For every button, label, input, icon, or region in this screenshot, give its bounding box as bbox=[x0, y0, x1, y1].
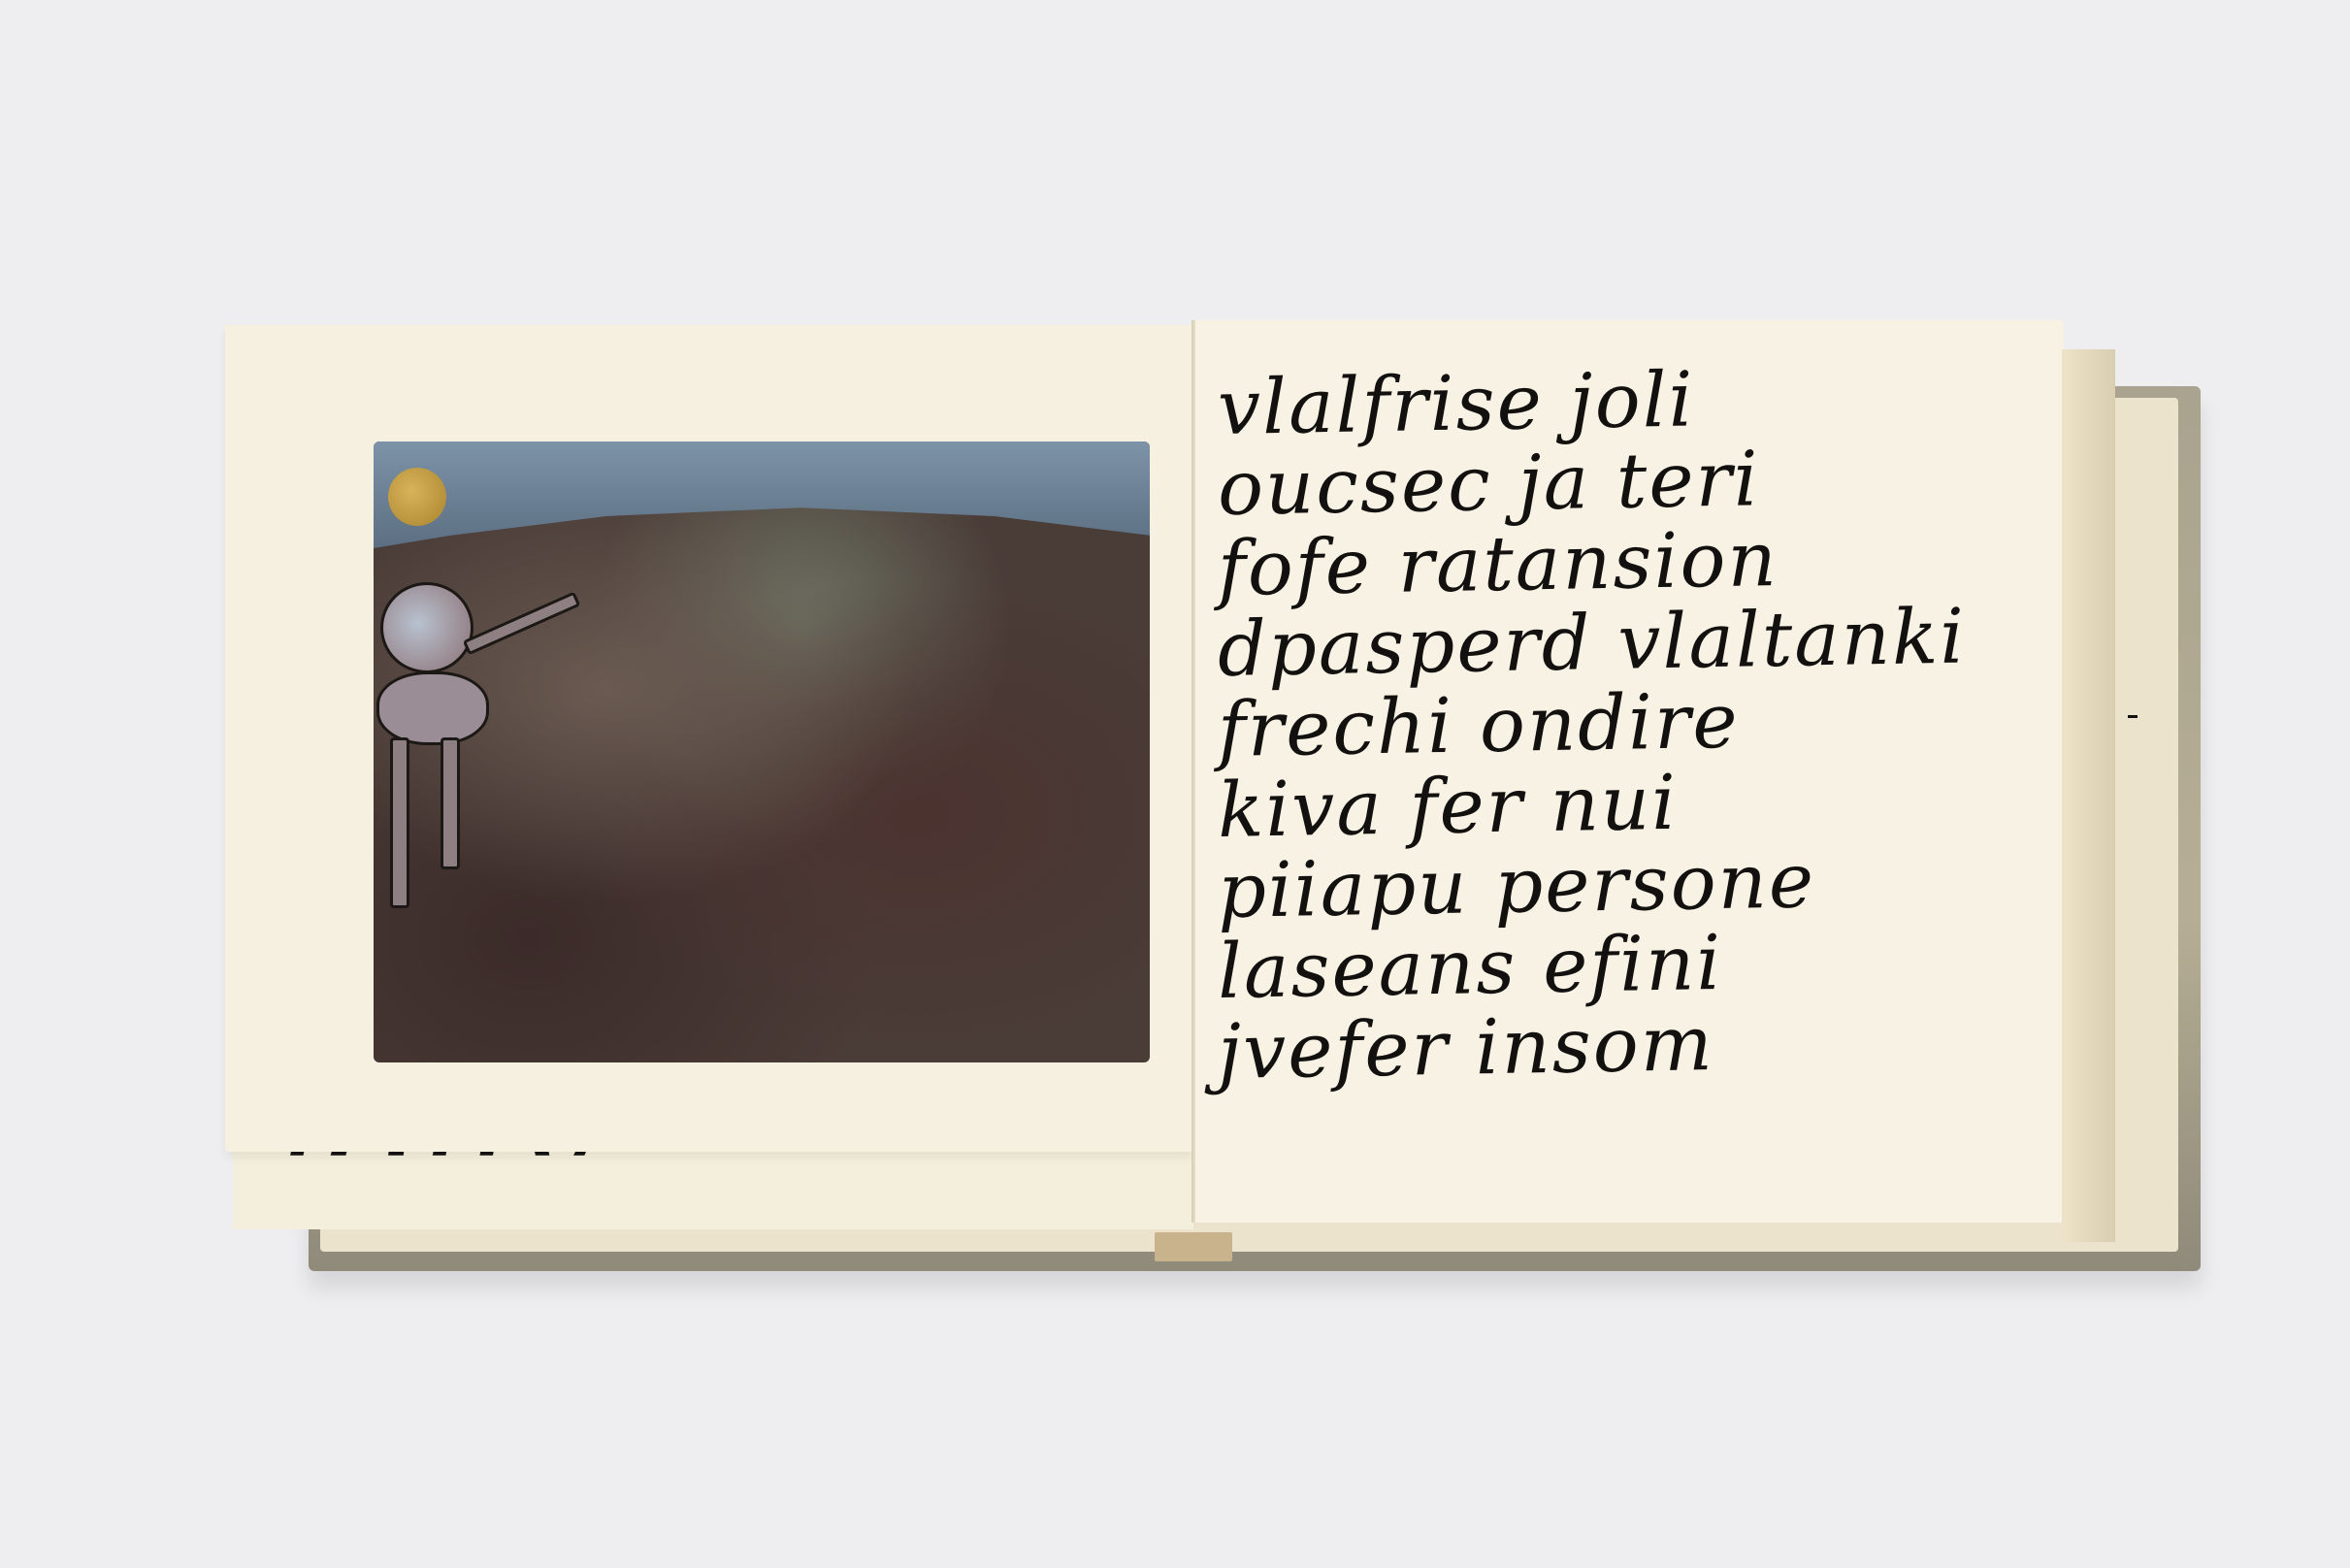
handwritten-line: piiapu persone bbox=[1217, 837, 2052, 932]
figure-leg-right bbox=[441, 737, 460, 869]
book-spine-headband bbox=[1155, 1232, 1232, 1261]
handwritten-line: laseans efini bbox=[1217, 918, 2052, 1013]
handwritten-line: frechi ondire bbox=[1217, 676, 2052, 771]
handwritten-line: jvefer insom bbox=[1217, 998, 2052, 1094]
book-photograph: jouv… vlalfrise joli oucsec ja teri fofe… bbox=[0, 0, 2350, 1568]
moon-icon bbox=[388, 468, 446, 526]
handwritten-line: oucsec ja teri bbox=[1217, 435, 2052, 530]
figure-leg-left bbox=[390, 737, 409, 908]
illustration-field bbox=[374, 441, 1150, 1062]
margin-ink-mark bbox=[2128, 715, 2138, 718]
figure-body bbox=[376, 671, 489, 745]
page-fore-edge bbox=[2062, 349, 2115, 1242]
handwritten-line: kiva fer nui bbox=[1217, 757, 2052, 852]
figure-head bbox=[380, 582, 473, 673]
handwritten-line: vlalfrise joli bbox=[1217, 354, 2052, 449]
handwritten-text: vlalfrise joli oucsec ja teri fofe ratan… bbox=[1218, 369, 2052, 1094]
handwritten-line: dpasperd vlaltanki bbox=[1217, 596, 2052, 691]
